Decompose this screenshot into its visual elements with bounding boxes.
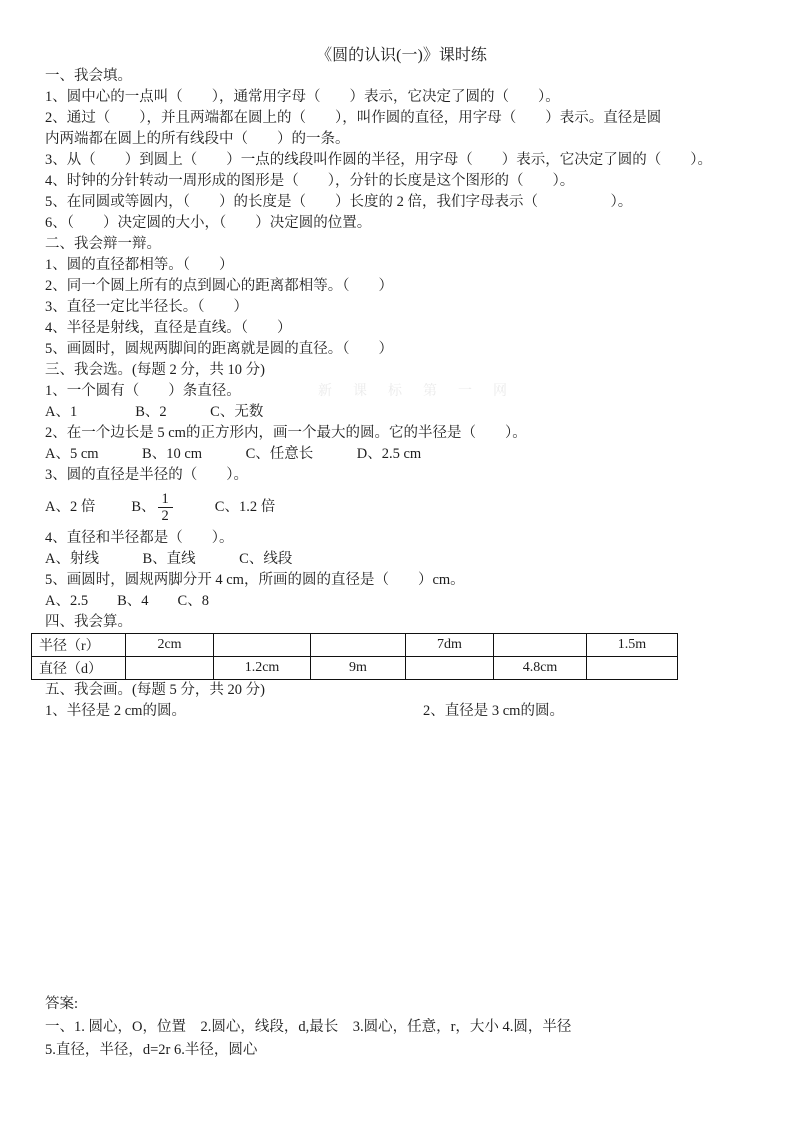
choice-question-5-stem: 5、画圆时，圆规两脚分开 4 cm，所画的圆的直径是（ ）cm。 [45,570,758,591]
fill-question-2-continued: 内两端都在圆上的所有线段中（ ）的一条。 [45,129,758,150]
answers-heading: 答案: [45,993,758,1016]
answers-block: 答案: 一、1. 圆心，O，位置 2.圆心，线段，d,最长 3.圆心，任意，r，… [45,993,758,1062]
section-draw-heading: 五、我会画。(每题 5 分，共 20 分) [45,680,758,701]
judge-question-5: 5、画圆时，圆规两脚间的距离就是圆的直径。（ ） [45,339,758,360]
draw-task-2: 2、直径是 3 cm的圆。 [423,701,564,722]
choice-question-4-options: A、射线 B、直线 C、线段 [45,549,758,570]
answers-line-1: 一、1. 圆心，O，位置 2.圆心，线段，d,最长 3.圆心，任意，r，大小 4… [45,1016,758,1039]
fraction-denominator: 2 [162,508,169,524]
radius-diameter-table: 半径（r） 2cm 7dm 1.5m 直径（d） 1.2cm 9m 4.8cm [31,633,678,680]
diameter-cell-5: 4.8cm [494,657,587,680]
radius-cell-3 [311,634,406,657]
fill-question-6: 6、（ ）决定圆的大小，（ ）决定圆的位置。 [45,213,758,234]
section-fill-heading: 一、我会填。 [45,66,758,87]
radius-cell-4: 7dm [406,634,494,657]
section-calc-heading: 四、我会算。 [45,612,758,633]
choice-question-2-options: A、5 cm B、10 cm C、任意长 D、2.5 cm [45,444,758,465]
fraction-one-half: 1 2 [158,491,173,524]
fill-question-1: 1、圆中心的一点叫（ ），通常用字母（ ）表示，它决定了圆的（ ）。 [45,87,758,108]
choice-question-1-options: A、1 B、2 C、无数 [45,402,758,423]
radius-cell-1: 2cm [126,634,214,657]
section-choice-heading: 三、我会选。(每题 2 分，共 10 分) [45,360,758,381]
fill-question-5: 5、在同圆或等圆内，（ ）的长度是（ ）长度的 2 倍，我们字母表示（ ）。 [45,192,758,213]
diameter-cell-1 [126,657,214,680]
choice-q3-option-c: C、1.2 倍 [215,497,275,518]
judge-question-4: 4、半径是射线，直径是直线。（ ） [45,318,758,339]
answers-line-2: 5.直径，半径，d=2r 6.半径，圆心 [45,1039,758,1062]
choice-question-3-stem: 3、圆的直径是半径的（ ）。 [45,465,758,486]
judge-question-2: 2、同一个圆上所有的点到圆心的距离都相等。（ ） [45,276,758,297]
page-title: 《圆的认识(一)》课时练 [45,45,758,66]
fill-question-2: 2、通过（ ），并且两端都在圆上的（ ），叫作圆的直径，用字母（ ）表示。直径是… [45,108,758,129]
radius-row-label: 半径（r） [32,634,126,657]
diameter-row-label: 直径（d） [32,657,126,680]
fill-question-3: 3、从（ ）到圆上（ ）一点的线段叫作圆的半径，用字母（ ）表示，它决定了圆的（… [45,150,758,171]
fill-question-4: 4、时钟的分针转动一周形成的图形是（ ），分针的长度是这个图形的（ ）。 [45,171,758,192]
choice-question-4-stem: 4、直径和半径都是（ ）。 [45,528,758,549]
diameter-row: 直径（d） 1.2cm 9m 4.8cm [32,657,678,680]
radius-cell-5 [494,634,587,657]
choice-q3-option-a: A、2 倍 [45,497,95,518]
radius-cell-6: 1.5m [587,634,678,657]
diameter-cell-2: 1.2cm [214,657,311,680]
diameter-cell-3: 9m [311,657,406,680]
blank-drawing-area [45,722,758,993]
draw-tasks-line: 1、半径是 2 cm的圆。 2、直径是 3 cm的圆。 [45,701,758,722]
fraction-numerator: 1 [158,491,173,508]
radius-cell-2 [214,634,311,657]
worksheet-page: 新课标第一网 《圆的认识(一)》课时练 一、我会填。 1、圆中心的一点叫（ ），… [0,0,793,1122]
choice-q3-option-b-label: B、 [131,497,155,518]
radius-row: 半径（r） 2cm 7dm 1.5m [32,634,678,657]
draw-task-1: 1、半径是 2 cm的圆。 [45,703,186,719]
section-judge-heading: 二、我会辩一辩。 [45,234,758,255]
judge-question-3: 3、直径一定比半径长。（ ） [45,297,758,318]
diameter-cell-6 [587,657,678,680]
choice-question-1-stem: 1、一个圆有（ ）条直径。 [45,381,758,402]
judge-question-1: 1、圆的直径都相等。（ ） [45,255,758,276]
choice-question-3-options: A、2 倍 B、 1 2 C、1.2 倍 [45,486,758,528]
choice-question-2-stem: 2、在一个边长是 5 cm的正方形内，画一个最大的圆。它的半径是（ ）。 [45,423,758,444]
diameter-cell-4 [406,657,494,680]
choice-question-5-options: A、2.5 B、4 C、8 [45,591,758,612]
